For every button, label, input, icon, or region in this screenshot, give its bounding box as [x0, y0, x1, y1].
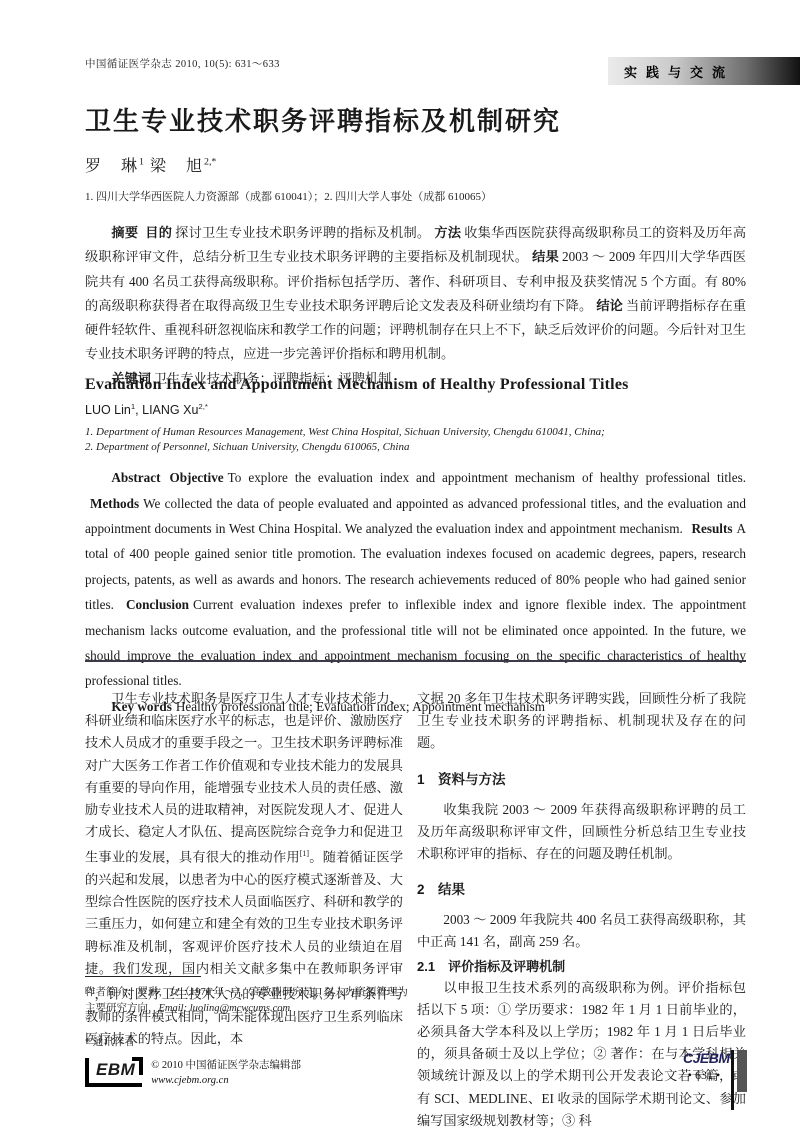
authors-en: LUO Lin1, LIANG Xu2,* — [85, 402, 746, 417]
author-name-en: LUO Lin — [85, 403, 131, 417]
affiliation-cn: 1. 四川大学华西医院人力资源部（成都 610041）；2. 四川大学人事处（成… — [85, 188, 492, 204]
abstract-cn-label: 摘要 — [111, 225, 138, 240]
ebm-logo: EBM — [85, 1058, 142, 1087]
author-name-cn: 罗 琳 — [85, 158, 139, 175]
footnote: 作者简介：罗琳，女（1970 年～），高教副研究员，以人力资源管理为主要研究方向… — [85, 976, 415, 1051]
section-2-heading: 2 结果 — [417, 878, 746, 898]
abstract-cn: 摘要目的探讨卫生专业技术职务评聘的指标及机制。方法收集华西医院获得高级职称员工的… — [85, 221, 746, 367]
abstract-en-label: Abstract — [111, 470, 160, 485]
article-title-en: Evaluation Index and Appointment Mechani… — [85, 376, 746, 394]
reference-superscript: [1] — [300, 849, 309, 858]
author-bio: 作者简介：罗琳，女（1970 年～），高教副研究员，以人力资源管理为主要研究方向… — [85, 985, 415, 1017]
author-name-cn: 梁 旭 — [150, 158, 204, 175]
author-name-en: LIANG Xu — [142, 403, 198, 417]
copyright-text: © 2010 中国循证医学杂志编辑部 — [151, 1058, 301, 1073]
author-superscript: 1 — [139, 157, 144, 168]
abstract-cn-block: 摘要目的探讨卫生专业技术职务评聘的指标及机制。方法收集华西医院获得高级职称员工的… — [85, 221, 746, 391]
english-section: Evaluation Index and Appointment Mechani… — [85, 376, 746, 719]
corresponding-author-note: * 通讯作者 — [85, 1035, 415, 1051]
affiliation-en-line: 1. Department of Human Resources Managem… — [85, 425, 746, 440]
abstract-en-block: AbstractObjectiveTo explore the evaluati… — [85, 465, 746, 719]
author-email: Email: luoling@mcwcums.com — [159, 1003, 291, 1014]
footer-rule-thin — [731, 1050, 734, 1110]
authors-cn: 罗 琳1 梁 旭2,* — [85, 153, 216, 176]
website-url: www.cjebm.org.cn — [151, 1073, 301, 1088]
section-2-1-heading: 2.1 评价指标及评聘机制 — [417, 956, 746, 975]
section-2-paragraph: 2003 ～ 2009 年我院共 400 名员工获得高级职称，其中正高 141 … — [417, 909, 746, 953]
page-number: • 631 • — [683, 1068, 725, 1083]
footer-text: © 2010 中国循证医学杂志编辑部 www.cjebm.org.cn — [151, 1058, 301, 1088]
author-superscript: 2,* — [198, 402, 207, 411]
article-title-cn: 卫生专业技术职务评聘指标及机制研究 — [85, 101, 561, 138]
section-1-paragraph: 收集我院 2003 ～ 2009 年获得高级职称评聘的员工及历年高级职称评审文件… — [417, 799, 746, 866]
section-badge: 实践与交流 — [608, 57, 800, 85]
section-1-heading: 1 资料与方法 — [417, 768, 746, 788]
footer-left: EBM © 2010 中国循证医学杂志编辑部 www.cjebm.org.cn — [85, 1058, 301, 1088]
affiliations-en: 1. Department of Human Resources Managem… — [85, 425, 746, 455]
footer-rule-thick — [737, 1050, 747, 1092]
author-superscript: 2,* — [204, 157, 216, 168]
divider-rule — [85, 660, 746, 662]
footnote-divider — [85, 976, 201, 977]
cjebm-logo: CJEBM — [683, 1050, 729, 1066]
affiliation-en-line: 2. Department of Personnel, Sichuan Univ… — [85, 440, 746, 455]
continuation-paragraph: 文据 20 多年卫生技术职务评聘实践，回顾性分析了我院卫生专业技术职务的评聘指标… — [417, 688, 746, 755]
journal-citation: 中国循证医学杂志 2010, 10(5): 631～633 — [85, 56, 280, 71]
